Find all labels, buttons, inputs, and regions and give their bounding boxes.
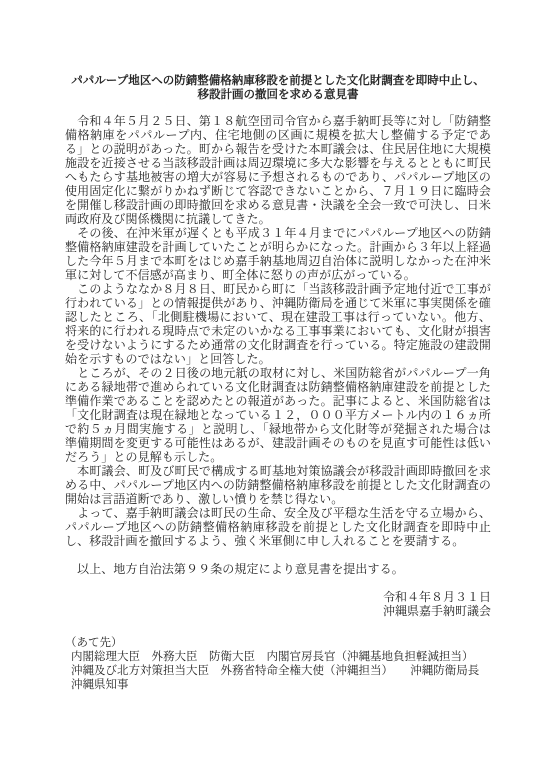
signature-block: 令和４年８月３１日 沖縄県嘉手納町議会: [65, 590, 491, 618]
recipient-line: 内閣総理大臣 外務大臣 防衛大臣 内閣官房長官（沖縄基地負担軽減担当）: [65, 650, 491, 664]
document-title: パパループ地区への防錆整備格納庫移設を前提とした文化財調査を即時中止し、 移設計…: [65, 74, 491, 102]
paragraph-2: その後、在沖米軍が遅くとも平成３１年４月までにパパループ地区への防錆整備格納庫建…: [65, 226, 491, 282]
paragraph-3: このようななか８月８日、町民から町に「当該移設計画予定地付近で工事が行われている…: [65, 282, 491, 366]
recipient-line: 沖縄及び北方対策担当大臣 外務省特命全権大使（沖縄担当） 沖縄防衛局長: [65, 664, 491, 678]
recipients-block: （あて先） 内閣総理大臣 外務大臣 防衛大臣 内閣官房長官（沖縄基地負担軽減担当…: [65, 636, 491, 692]
closing-statement: 以上、地方自治法第９９条の規定により意見書を提出する。: [65, 562, 491, 576]
paragraph-4: ところが、その２日後の地元紙の取材に対し、米国防総省がパパループ一角にある緑地帯…: [65, 366, 491, 464]
date-line: 令和４年８月３１日: [65, 590, 491, 604]
title-line-1: パパループ地区への防錆整備格納庫移設を前提とした文化財調査を即時中止し、: [65, 74, 491, 88]
paragraph-5: 本町議会、町及び町民で構成する町基地対策協議会が移設計画即時撤回を求める中、パパ…: [65, 464, 491, 506]
author-line: 沖縄県嘉手納町議会: [65, 604, 491, 618]
recipient-line: 沖縄県知事: [65, 678, 491, 692]
document-body: 令和４年５月２５日、第１８航空団司令官から嘉手納町長等に対し「防錆整備格納庫をパ…: [65, 114, 491, 576]
document-page: パパループ地区への防錆整備格納庫移設を前提とした文化財調査を即時中止し、 移設計…: [0, 0, 540, 764]
recipients-label: （あて先）: [65, 636, 491, 650]
paragraph-6: よって、嘉手納町議会は町民の生命、安全及び平穏な生活を守る立場から、パパループ地…: [65, 506, 491, 548]
paragraph-1: 令和４年５月２５日、第１８航空団司令官から嘉手納町長等に対し「防錆整備格納庫をパ…: [65, 114, 491, 226]
title-line-2: 移設計画の撤回を求める意見書: [65, 88, 491, 102]
